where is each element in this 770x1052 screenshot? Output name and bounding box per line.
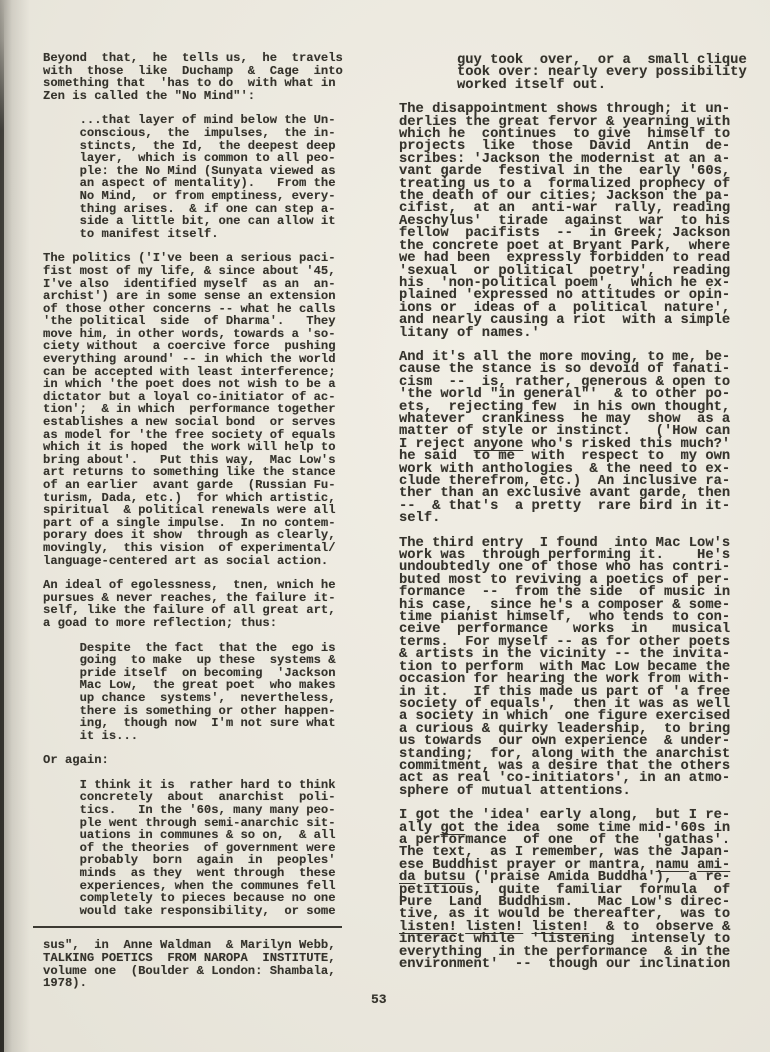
paragraph: Or again: — [43, 754, 343, 767]
right-column: guy took over, or a small clique took ov… — [399, 55, 747, 971]
block-quote: Despite the fact that the ego is going t… — [80, 642, 343, 743]
footnote: sus", in Anne Waldman & Marilyn Webb, TA… — [43, 939, 343, 989]
paragraph: The third entry I found into Mac Low's w… — [399, 538, 747, 799]
paragraph: Beyond that, he tells us, he travels wit… — [43, 52, 343, 102]
page-number: 53 — [371, 992, 387, 1007]
paragraph: The disappointment shows through; it un-… — [399, 104, 747, 340]
block-quote: ...that layer of mind below the Un- cons… — [80, 114, 343, 240]
block-quote: I think it is rather hard to think concr… — [80, 779, 343, 918]
scan-edge-line — [0, 0, 4, 1052]
block-quote: guy took over, or a small clique took ov… — [457, 55, 747, 92]
paragraph: And it's all the more moving, to me, be-… — [399, 352, 747, 526]
footnote-rule — [33, 926, 342, 928]
scan-edge-shadow — [0, 0, 30, 1052]
paragraph: An ideal of egolessness, tnen, wnich he … — [43, 579, 343, 629]
paragraph: I got the 'idea' early along, but I re- … — [399, 810, 747, 971]
scanned-page: Beyond that, he tells us, he travels wit… — [0, 0, 770, 1052]
left-column: Beyond that, he tells us, he travels wit… — [43, 52, 343, 990]
paragraph: The politics ('I've been a serious paci-… — [43, 252, 343, 567]
